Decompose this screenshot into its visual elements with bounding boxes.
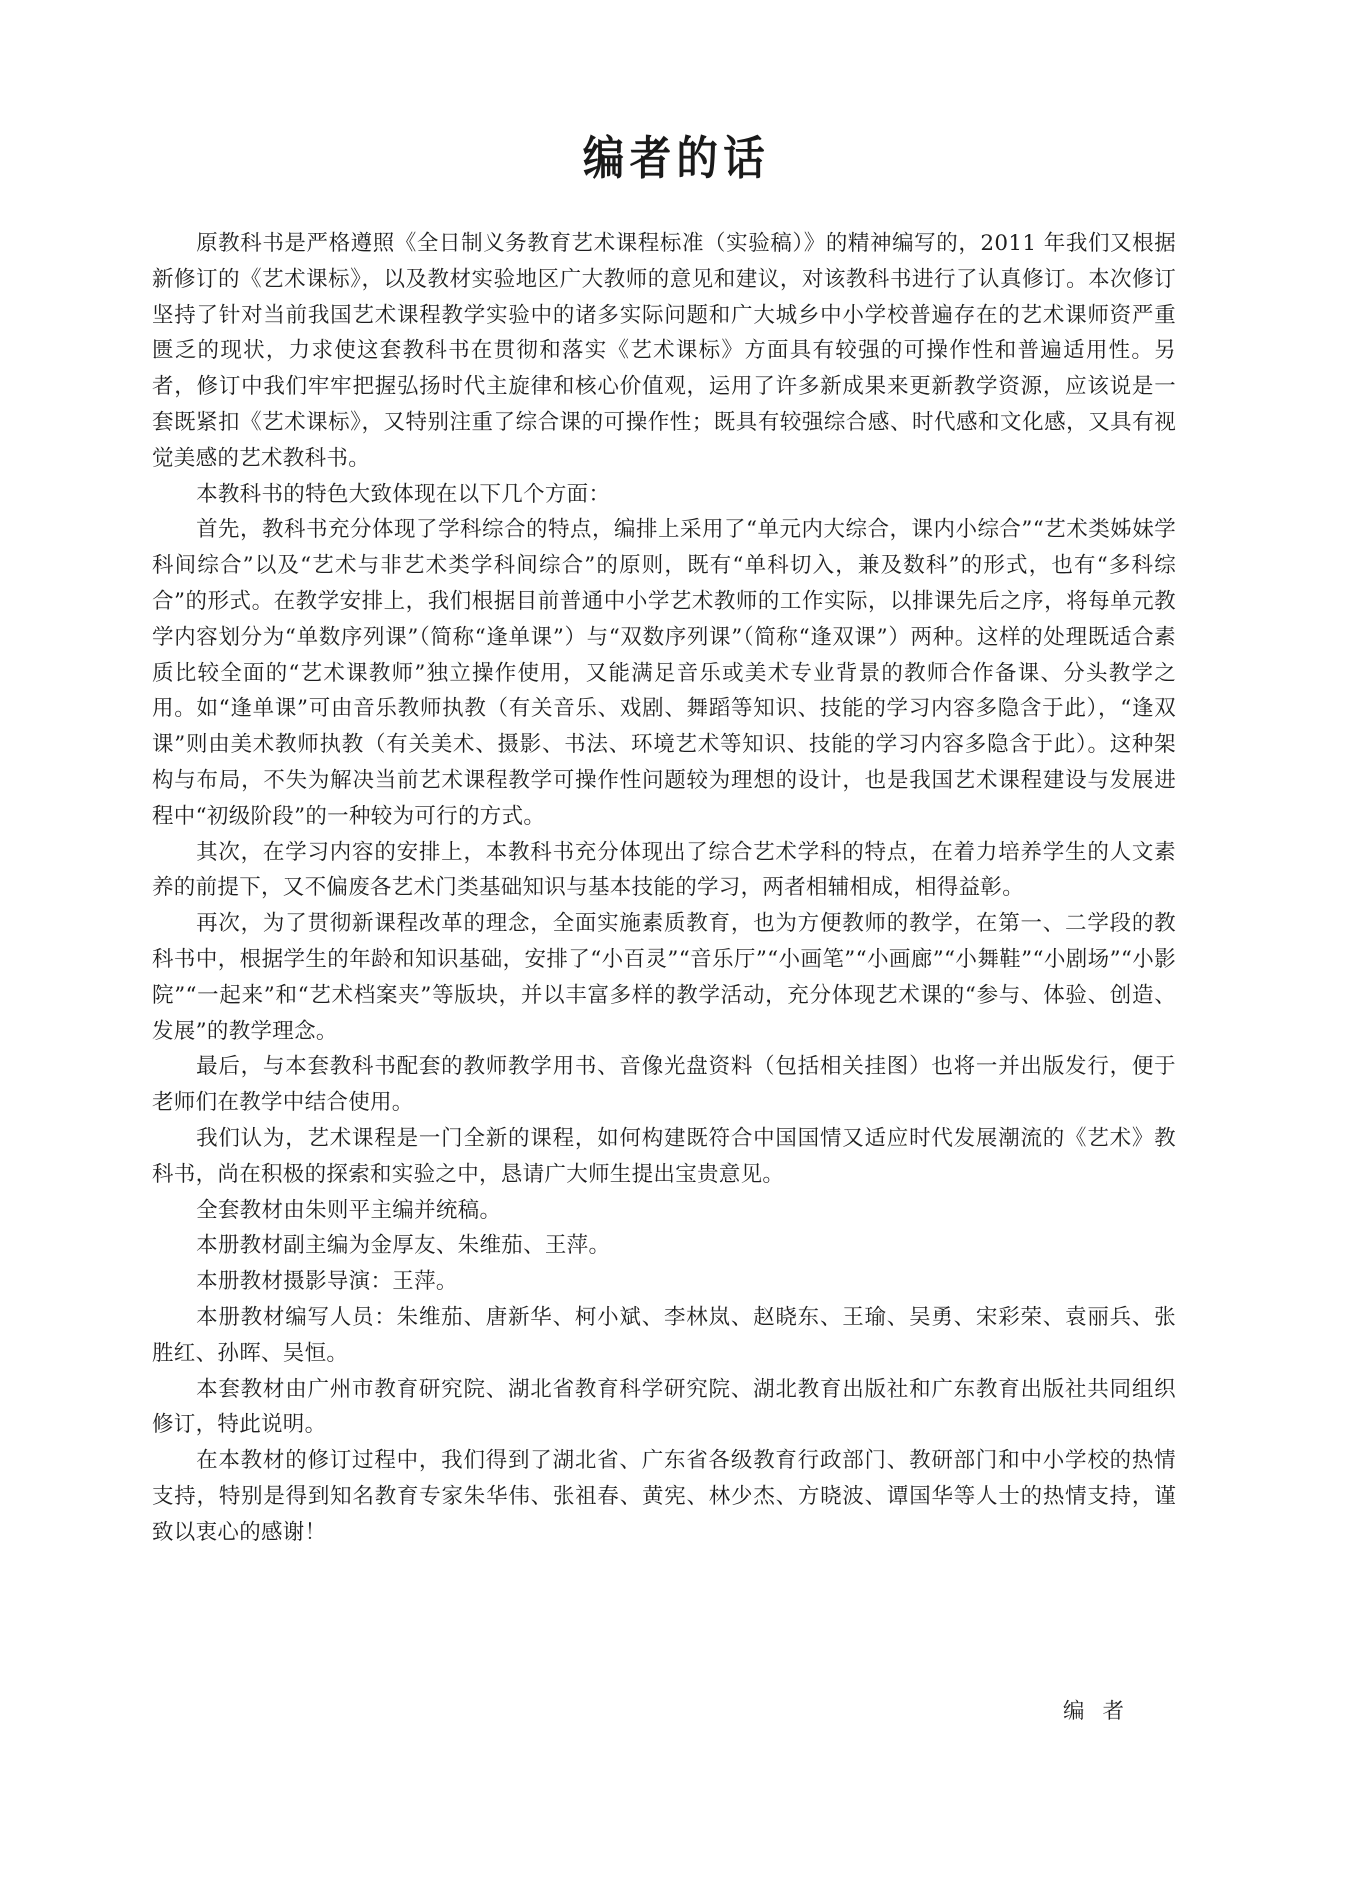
paragraph-organizers: 本套教材由广州市教育研究院、湖北省教育科学研究院、湖北教育出版社和广东教育出版社… xyxy=(152,1372,1176,1444)
page-title: 编者的话 xyxy=(68,128,1286,188)
document-page: 编者的话 原教科书是严格遵照《全日制义务教育艺术课程标准（实验稿）》的精神编写的… xyxy=(0,0,1353,1885)
paragraph-deputy-editors: 本册教材副主编为金厚友、朱维茄、王萍。 xyxy=(152,1228,1176,1264)
paragraph-finally: 最后，与本套教科书配套的教师教学用书、音像光盘资料（包括相关挂图）也将一并出版发… xyxy=(152,1049,1176,1121)
paragraph-opinion: 我们认为，艺术课程是一门全新的课程，如何构建既符合中国国情又适应时代发展潮流的《… xyxy=(152,1121,1176,1193)
paragraph-photography: 本册教材摄影导演：王萍。 xyxy=(152,1264,1176,1300)
paragraph-features-lead: 本教科书的特色大致体现在以下几个方面： xyxy=(152,477,1176,513)
paragraph-writers: 本册教材编写人员：朱维茄、唐新华、柯小斌、李林岚、赵晓东、王瑜、吴勇、宋彩荣、袁… xyxy=(152,1300,1176,1372)
paragraph-acknowledgements: 在本教材的修订过程中，我们得到了湖北省、广东省各级教育行政部门、教研部门和中小学… xyxy=(152,1443,1176,1550)
paragraph-intro: 原教科书是严格遵照《全日制义务教育艺术课程标准（实验稿）》的精神编写的，2011… xyxy=(152,226,1176,477)
paragraph-second: 其次，在学习内容的安排上，本教科书充分体现出了综合艺术学科的特点，在着力培养学生… xyxy=(152,835,1176,907)
document-body: 原教科书是严格遵照《全日制义务教育艺术课程标准（实验稿）》的精神编写的，2011… xyxy=(152,226,1176,1550)
signature: 编者 xyxy=(1063,1694,1142,1730)
paragraph-first: 首先，教科书充分体现了学科综合的特点，编排上采用了“单元内大综合，课内小综合”“… xyxy=(152,512,1176,834)
paragraph-chief-editor: 全套教材由朱则平主编并统稿。 xyxy=(152,1193,1176,1229)
paragraph-third: 再次，为了贯彻新课程改革的理念，全面实施素质教育，也为方便教师的教学，在第一、二… xyxy=(152,906,1176,1049)
